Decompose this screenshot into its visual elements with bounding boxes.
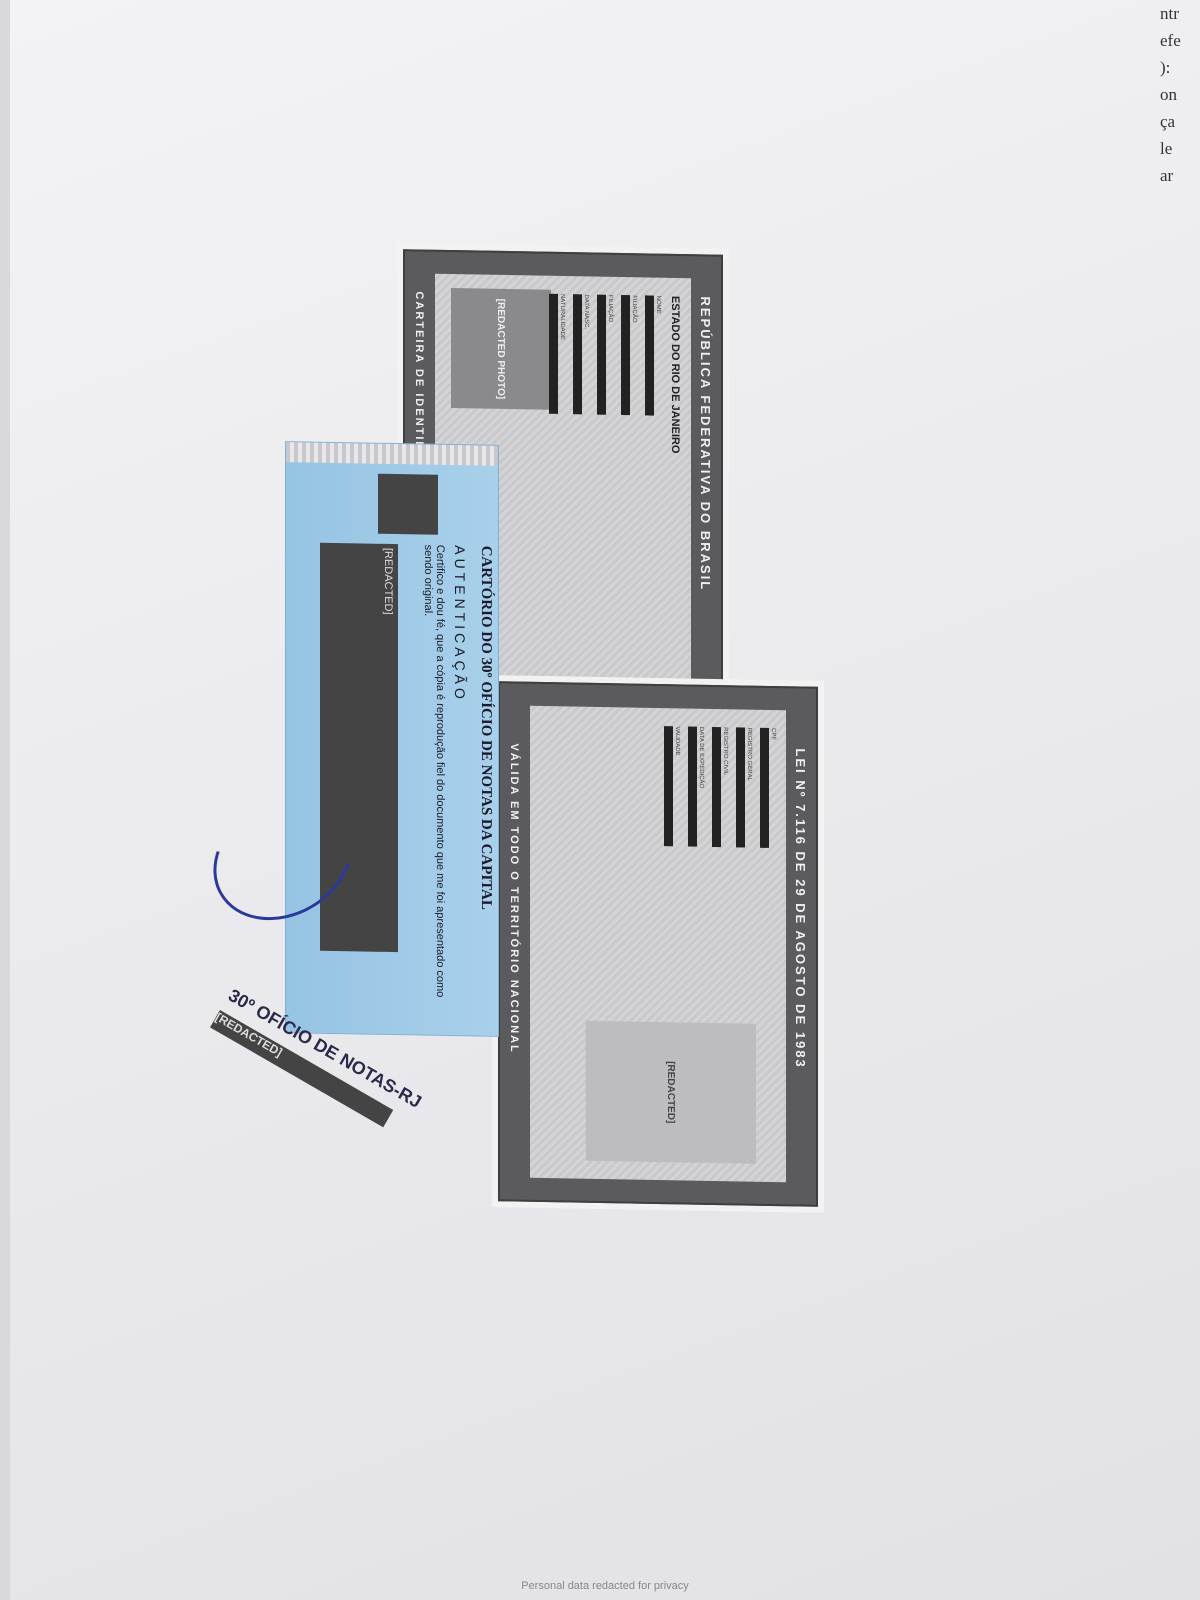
id-field-value-redacted: [REDACTED] [760,728,769,848]
id-field: Validade[REDACTED] [664,726,680,846]
issuer-line: ESTADO DO RIO DE JANEIRO [669,296,681,454]
id-field-label: Data de Expedição [698,727,704,847]
notary-authentication-seal: CARTÓRIO DO 30º OFÍCIO DE NOTAS DA CAPIT… [285,441,499,1037]
seal-title: CARTÓRIO DO 30º OFÍCIO DE NOTAS DA CAPIT… [477,545,494,910]
id-field-label: Registro Civil [722,727,728,847]
id-field: Filiação[REDACTED] [621,295,637,415]
id-field-label: Data Nasc. [583,294,589,414]
id-field-label: Nome [655,296,661,416]
id-field-value-redacted: [REDACTED] [664,726,673,846]
id-photo-redacted: [REDACTED PHOTO] [451,288,551,410]
id-field: Registro Civil[REDACTED] [712,727,728,847]
id-field-value-redacted: [REDACTED] [621,295,630,415]
id-field: Data de Expedição[REDACTED] [688,727,704,847]
seal-heading: AUTENTICAÇÃO [452,545,468,703]
paper-sheet: ntr efe ): on ça le ar REPÚBLICA FEDERAT… [10,0,1200,1600]
id-field-value-redacted: [REDACTED] [688,727,697,847]
qr-code-redacted [378,474,438,535]
adjacent-page-edge-text: ntr efe ): on ça le ar [1160,0,1200,200]
id-card-back-top-border: LEI Nº 7.116 DE 29 DE AGOSTO DE 1983 [793,748,808,1069]
id-field-label: Naturalidade [559,294,565,414]
id-card-back: LEI Nº 7.116 DE 29 DE AGOSTO DE 1983 VÁL… [498,681,818,1207]
id-field-label: CPF [770,728,776,848]
id-field-value-redacted: [REDACTED] [573,294,582,414]
seal-body: Certifico e dou fé, que a cópia é reprod… [422,545,446,1015]
id-field: Filiação[REDACTED] [597,295,613,415]
hologram-strip [286,442,498,466]
id-field-value-redacted: [REDACTED] [597,295,606,415]
id-field-value-redacted: [REDACTED] [549,294,558,414]
id-field: Nome[REDACTED] [645,295,661,415]
id-field-label: Filiação [631,295,637,415]
id-field-value-redacted: [REDACTED] [736,727,745,847]
id-field-label: Validade [674,726,680,846]
id-field: Registro Geral[REDACTED] [736,727,752,847]
id-field-label: Filiação [607,295,613,415]
id-field: Naturalidade[REDACTED] [549,294,565,414]
thumbprint-redacted: [REDACTED] [586,1021,756,1164]
id-field-label: Registro Geral [746,728,752,848]
id-field-value-redacted: [REDACTED] [645,295,654,415]
id-field-value-redacted: [REDACTED] [712,727,721,847]
id-card-back-bottom-border: VÁLIDA EM TODO O TERRITÓRIO NACIONAL [508,743,520,1054]
id-field: CPF[REDACTED] [760,728,776,848]
id-field: Data Nasc.[REDACTED] [573,294,589,414]
id-card-front-top-border: REPÚBLICA FEDERATIVA DO BRASIL [698,296,713,591]
redaction-note: Personal data redacted for privacy [10,1580,1200,1592]
